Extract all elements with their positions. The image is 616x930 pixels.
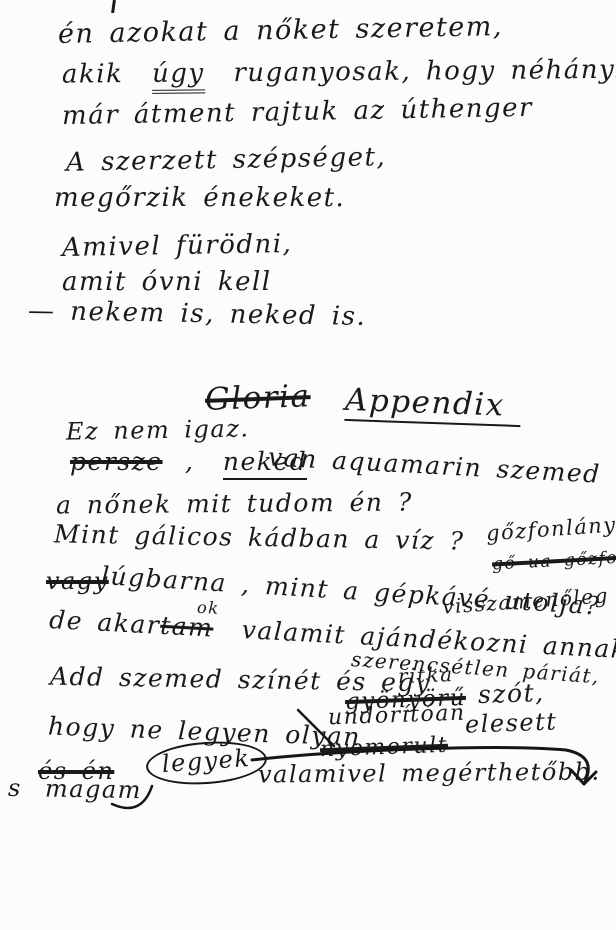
inserted-word: undorítóan [328,702,466,731]
verse-line: már átment rajtuk az úthenger [62,94,533,131]
poem-line: valamivel megérthetőbb. [258,759,601,788]
verse-line: megőrzik énekeket. [54,184,345,213]
poem-line: Mint gálicos kádban a víz ? [54,520,465,555]
verse-line: A szerzett szépséget, [66,143,387,177]
verse-line: akik úgy ruganyosak, hogy néhányszor [62,55,616,94]
title: Appendix [344,383,521,427]
struck-word: persze [70,448,163,476]
verse-word: akik [62,60,124,89]
margin-note: gőzfonlány [485,513,616,545]
manuscript-page: én azokat a nőket szeretem, akik úgy rug… [0,0,616,930]
verse-line: amit óvni kell [62,268,272,297]
pen-stroke-tick [111,0,115,13]
inserted-word: ritka [398,663,454,687]
underlined-word: úgy [152,59,205,93]
poem-word: de akar [49,606,161,639]
struck-word: vagy [46,568,109,594]
poem-word: szót, [478,679,545,709]
poem-line: s magam [8,775,142,804]
title-struck: Gloria [204,379,311,417]
circled-word: legyek [145,738,268,789]
inserted-word: ok [197,599,221,618]
poem-word: elesett [465,708,558,738]
struck-word: tamok [160,612,215,642]
verse-word: ruganyosak, hogy néhányszor [233,55,616,87]
verse-line: én azokat a nőket szeretem, [58,12,503,49]
verse-line: — nekem is, neked is. [28,297,367,331]
poem-line: van aquamarin szemed [268,443,602,488]
poem-line: a nőnek mit tudom én ? [56,488,413,519]
poem-line: Ez nem igaz. [66,415,250,445]
circle-annotation: legyek [145,738,268,789]
separator: , [185,448,194,476]
margin-note-struck: gő ua gőzfor [492,548,616,574]
verse-line: Amivel fürödni, [62,230,293,263]
